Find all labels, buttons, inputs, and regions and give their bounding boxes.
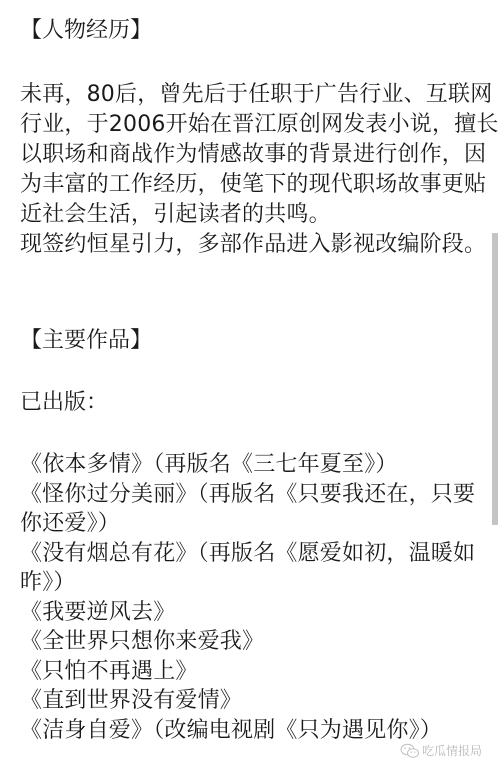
watermark-text: 吃瓜情报局	[422, 742, 482, 759]
works-list: 《依本多情》（再版名《三七年夏至》） 《怪你过分美丽》（再版名《只要我还在，只要…	[20, 450, 475, 745]
wechat-icon	[400, 743, 420, 759]
published-label: 已出版：	[20, 388, 108, 418]
work-line: 《我要逆风去》	[20, 598, 475, 628]
vertical-scrollbar[interactable]	[492, 233, 498, 525]
work-line: 《只怕不再遇上》	[20, 657, 475, 687]
work-line: 《依本多情》（再版名《三七年夏至》）	[20, 450, 475, 480]
bio-line: 以职场和商战作为情感故事的背景进行创作，因	[20, 140, 499, 170]
bio-line: 为丰富的工作经历，使笔下的现代职场故事更贴	[20, 170, 499, 200]
bio-line: 现签约恒星引力，多部作品进入影视改编阶段。	[20, 230, 499, 260]
work-line: 你还爱》）	[20, 509, 475, 539]
work-line: 《没有烟总有花》（再版名《愿爱如初，温暖如	[20, 539, 475, 569]
work-line: 《全世界只想你来爱我》	[20, 627, 475, 657]
section-title-profile: 【人物经历】	[20, 16, 152, 46]
work-line: 《直到世界没有爱情》	[20, 686, 475, 716]
work-line: 《洁身自爱》（改编电视剧《只为遇见你》）	[20, 716, 475, 746]
bio-paragraph: 未再，80后，曾先后于任职于广告行业、互联网 行业，于2006开始在晋江原创网发…	[20, 80, 499, 260]
bio-line: 行业，于2006开始在晋江原创网发表小说，擅长	[20, 110, 499, 140]
bio-line: 近社会生活，引起读者的共鸣。	[20, 200, 499, 230]
work-line: 《怪你过分美丽》（再版名《只要我还在，只要	[20, 480, 475, 510]
watermark: 吃瓜情报局	[400, 742, 482, 759]
bio-line: 未再，80后，曾先后于任职于广告行业、互联网	[20, 80, 499, 110]
work-line: 昨》）	[20, 568, 475, 598]
section-title-works: 【主要作品】	[20, 326, 152, 356]
